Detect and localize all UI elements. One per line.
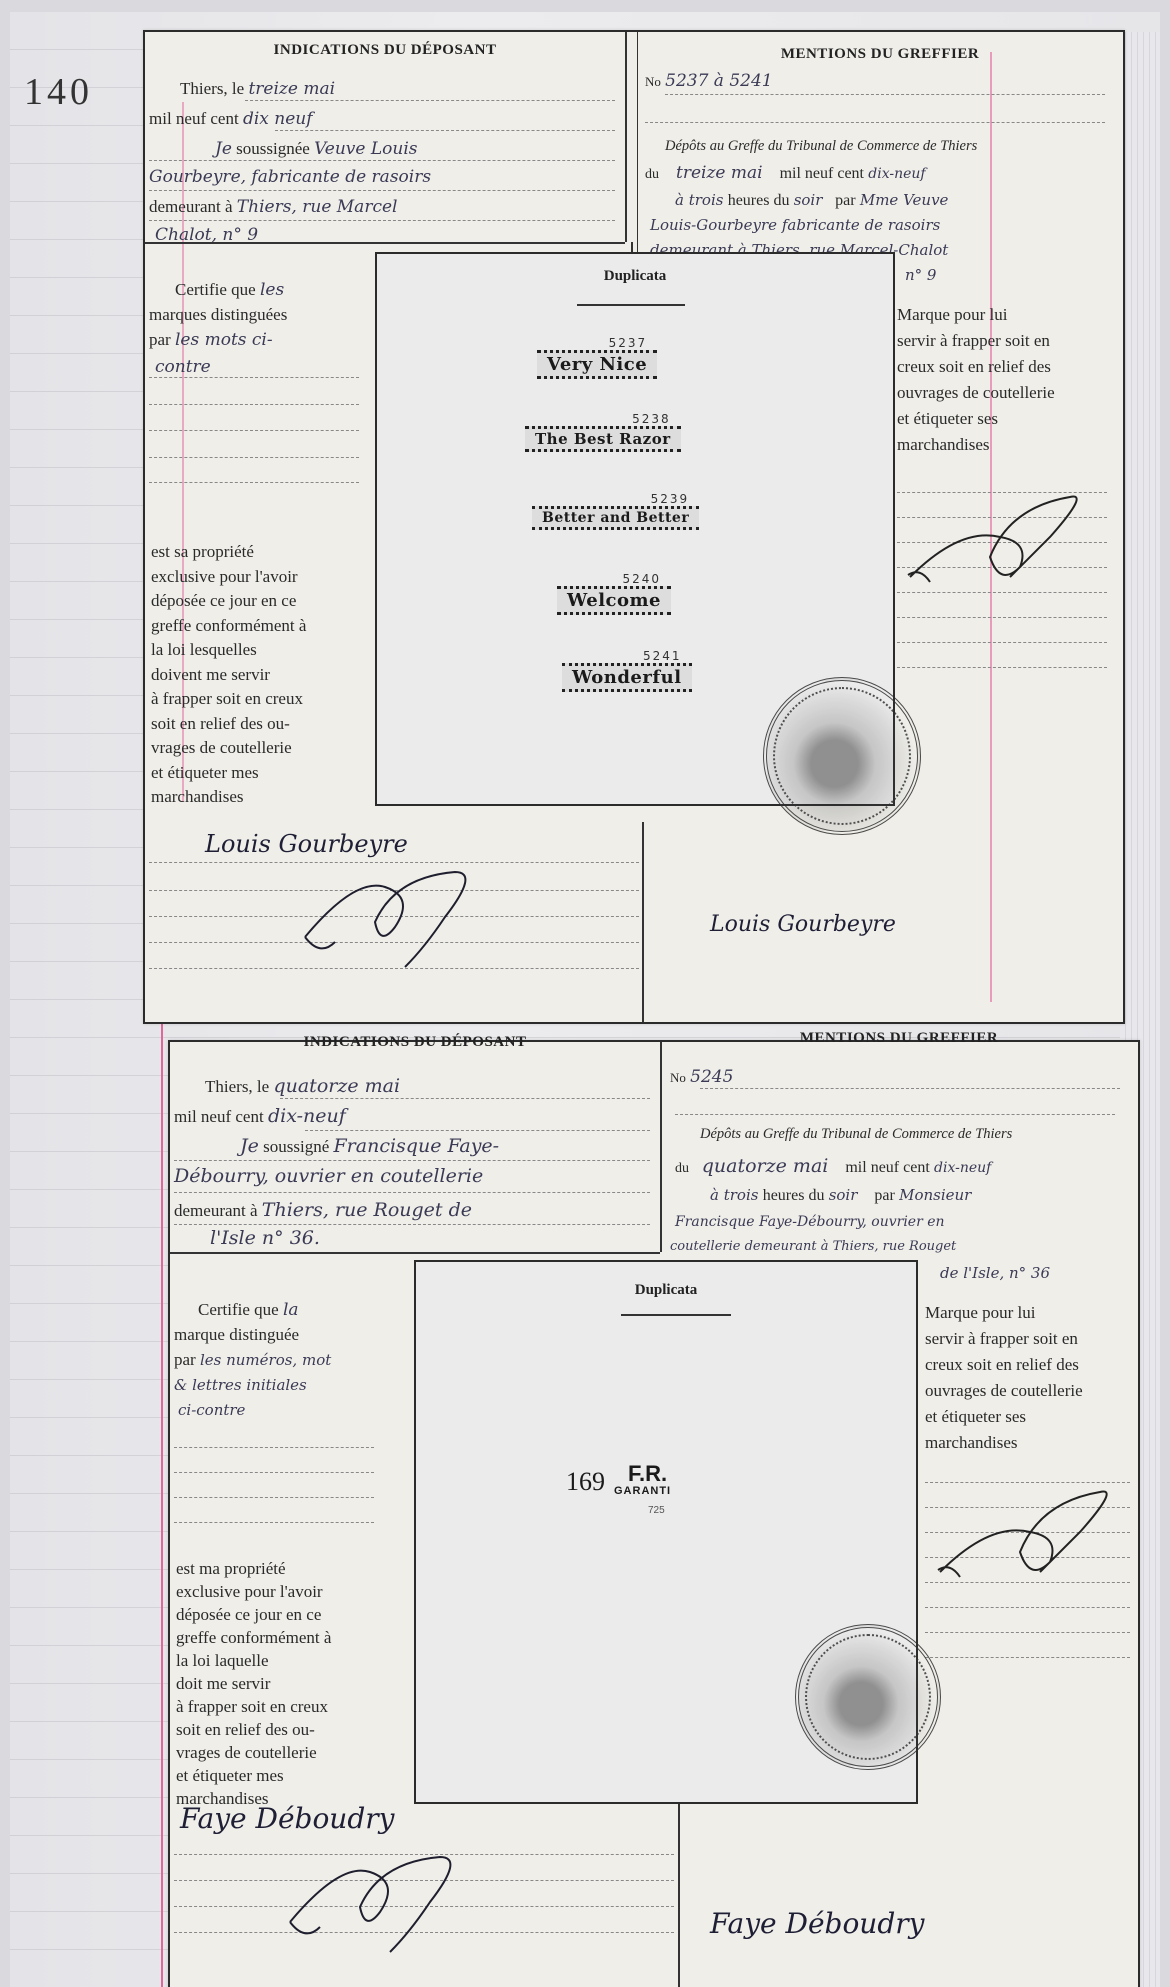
marks-label: marques distinguées	[149, 305, 287, 324]
residence-label: demeurant à	[149, 197, 233, 216]
year-label: mil neuf cent	[174, 1107, 264, 1126]
fill-line	[174, 1522, 374, 1523]
fill-line	[645, 122, 1105, 123]
year-label: mil neuf cent	[845, 1159, 929, 1176]
registry-copy-signature: Faye Déboudry	[710, 1907, 924, 1940]
certify-handwritten: les	[260, 280, 284, 300]
duplicata-underline	[621, 1314, 731, 1316]
by-handwritten-cont-2: ci-contre	[178, 1401, 245, 1419]
deposant-header: INDICATIONS DU DÉPOSANT	[170, 1034, 660, 1051]
date-handwritten: treize mai	[248, 79, 335, 99]
clerk-paraph-icon	[900, 487, 1100, 597]
by-handwritten-cont: & lettres initiales	[174, 1376, 307, 1394]
duplicata-underline	[577, 304, 685, 306]
fill-line	[925, 1607, 1130, 1608]
depositor-handwritten-cont: Louis-Gourbeyre fabricante de rasoirs	[650, 216, 940, 234]
trademark-5238: 5238 The Best Razor	[525, 412, 681, 452]
column-divider-inner	[637, 32, 638, 254]
column-divider	[631, 242, 633, 252]
name-handwritten: Veuve Louis	[314, 139, 417, 159]
certify-handwritten: la	[283, 1300, 299, 1320]
name-handwritten-cont: Débourry, ouvrier en coutellerie	[174, 1165, 483, 1187]
fill-line	[174, 1472, 374, 1473]
year-handwritten: dix-neuf	[934, 1160, 991, 1176]
by-handwritten: les numéros, mot	[200, 1351, 331, 1369]
clerk-paraph-icon	[280, 1852, 480, 1962]
trademark-5240: 5240 Welcome	[557, 572, 671, 615]
undersigned-prefix: Je	[215, 139, 232, 159]
depositor-address-handwritten: coutellerie demeurant à Thiers, rue Roug…	[670, 1239, 956, 1254]
period-handwritten: soir	[829, 1186, 858, 1204]
deposit-form-1: INDICATIONS DU DÉPOSANT Thiers, le treiz…	[143, 30, 1125, 1024]
registration-number: 5237 à 5241	[665, 71, 772, 91]
depositor-signature: Faye Déboudry	[180, 1802, 394, 1835]
certify-label: Certifie que	[175, 280, 256, 299]
depositor-signature: Louis Gourbeyre	[205, 830, 408, 858]
property-clause: est sa propriété exclusive pour l'avoir …	[151, 540, 363, 810]
deposit-title: Dépôts au Greffe du Tribunal de Commerce…	[700, 1122, 1012, 1147]
fill-line	[149, 457, 359, 458]
deposit-title: Dépôts au Greffe du Tribunal de Commerce…	[665, 134, 977, 159]
place-label: Thiers, le	[180, 79, 244, 98]
period-handwritten: soir	[794, 191, 823, 209]
residence-label: demeurant à	[174, 1201, 258, 1220]
residence-handwritten: Thiers, rue Rouget de	[262, 1199, 472, 1221]
certify-label: Certifie que	[198, 1300, 279, 1319]
registration-number: 5245	[690, 1067, 733, 1087]
residence-handwritten: Thiers, rue Marcel	[237, 197, 398, 217]
fill-line	[925, 1632, 1130, 1633]
marks-label: marque distinguée	[174, 1325, 299, 1344]
fill-line	[149, 190, 615, 191]
section-divider	[170, 1252, 660, 1254]
undersigned-label: soussignée	[236, 139, 310, 158]
undersigned-prefix: Je	[240, 1135, 259, 1157]
depositor-address-handwritten-cont: de l'Isle, n° 36	[940, 1264, 1050, 1282]
duplicata-title: Duplicata	[416, 1282, 916, 1299]
fill-line	[174, 1224, 650, 1225]
column-divider	[625, 32, 627, 242]
fill-line	[149, 430, 359, 431]
date-handwritten: quatorze mai	[273, 1075, 400, 1097]
year-label: mil neuf cent	[780, 165, 864, 182]
fill-line	[897, 642, 1107, 643]
tribunal-seal-icon	[795, 1624, 941, 1770]
purpose-clause: Marque pour lui servir à frapper soit en…	[897, 302, 1117, 458]
number-label: No	[645, 74, 661, 89]
fill-line	[897, 617, 1107, 618]
tribunal-seal-icon	[763, 677, 921, 835]
deposit-form-2: INDICATIONS DU DÉPOSANT Thiers, le quato…	[168, 1040, 1140, 1987]
section-divider	[145, 242, 625, 244]
depositor-handwritten: Mme Veuve	[860, 191, 949, 209]
fill-line	[149, 220, 615, 221]
signature-divider	[642, 822, 644, 1022]
fill-line	[149, 862, 639, 863]
year-handwritten: dix neuf	[243, 109, 313, 129]
date-handwritten: quatorze mai	[702, 1155, 829, 1177]
clerk-paraph-icon	[930, 1482, 1130, 1592]
greffier-header: MENTIONS DU GREFFIER	[660, 1030, 1138, 1047]
clerk-paraph-icon	[295, 867, 495, 977]
name-handwritten: Francisque Faye-	[334, 1135, 500, 1157]
fill-line	[149, 404, 359, 405]
purpose-clause: Marque pour lui servir à frapper soit en…	[925, 1300, 1133, 1456]
duplicata-title: Duplicata	[377, 268, 893, 285]
year-label: mil neuf cent	[149, 109, 239, 128]
deposant-header: INDICATIONS DU DÉPOSANT	[145, 42, 625, 59]
residence-handwritten-cont: l'Isle n° 36.	[210, 1227, 320, 1249]
trademark-5239: 5239 Better and Better	[532, 492, 699, 530]
fill-line	[149, 160, 615, 161]
fill-line	[897, 667, 1107, 668]
fill-line	[275, 130, 615, 131]
depositor-address-handwritten-cont: n° 9	[905, 266, 936, 284]
signature-divider	[678, 1800, 680, 1987]
fill-line	[280, 1098, 650, 1099]
fill-line	[149, 377, 359, 378]
depositor-handwritten-cont: Francisque Faye-Débourry, ouvrier en	[675, 1214, 945, 1230]
fill-line	[700, 1088, 1120, 1089]
column-divider	[660, 1042, 662, 1252]
du-label: du	[645, 167, 659, 182]
fill-line	[675, 1114, 1115, 1115]
hours-label: heures du	[728, 192, 790, 209]
fill-line	[149, 482, 359, 483]
by-label: par	[149, 330, 171, 349]
fill-line	[665, 94, 1105, 95]
time-handwritten: à trois	[675, 191, 723, 209]
time-handwritten: à trois	[710, 1186, 758, 1204]
greffier-header: MENTIONS DU GREFFIER	[637, 46, 1123, 63]
by-handwritten-cont: contre	[155, 357, 211, 377]
depositor-handwritten: Monsieur	[899, 1186, 971, 1204]
undersigned-label: soussigné	[263, 1137, 329, 1156]
year-handwritten: dix-neuf	[268, 1105, 346, 1127]
par-label: par	[835, 192, 855, 209]
page-number: 140	[24, 70, 93, 114]
fill-line	[174, 1447, 374, 1448]
trademark-5241: 5241 Wonderful	[562, 649, 692, 692]
du-label: du	[675, 1161, 689, 1176]
year-handwritten: dix-neuf	[868, 166, 925, 182]
by-label: par	[174, 1350, 196, 1369]
trademark-169-fr-garanti: 169 F.R. GARANTI 725	[566, 1467, 766, 1537]
registry-copy-signature: Louis Gourbeyre	[710, 912, 896, 937]
fill-line	[305, 1130, 650, 1131]
par-label: par	[874, 1187, 894, 1204]
fill-line	[245, 100, 615, 101]
number-label: No	[670, 1070, 686, 1085]
date-handwritten: treize mai	[676, 163, 763, 183]
hours-label: heures du	[763, 1187, 825, 1204]
fill-line	[174, 1192, 650, 1193]
property-clause: est ma propriété exclusive pour l'avoir …	[176, 1557, 376, 1810]
fill-line	[174, 1160, 650, 1161]
fill-line	[174, 1497, 374, 1498]
pink-margin-line	[161, 1012, 163, 1987]
by-handwritten: les mots ci-	[175, 330, 273, 350]
trademark-5237: 5237 Very Nice	[537, 336, 657, 379]
fill-line	[925, 1657, 1130, 1658]
name-handwritten-cont: Gourbeyre, fabricante de rasoirs	[149, 167, 431, 187]
place-label: Thiers, le	[205, 1077, 269, 1096]
